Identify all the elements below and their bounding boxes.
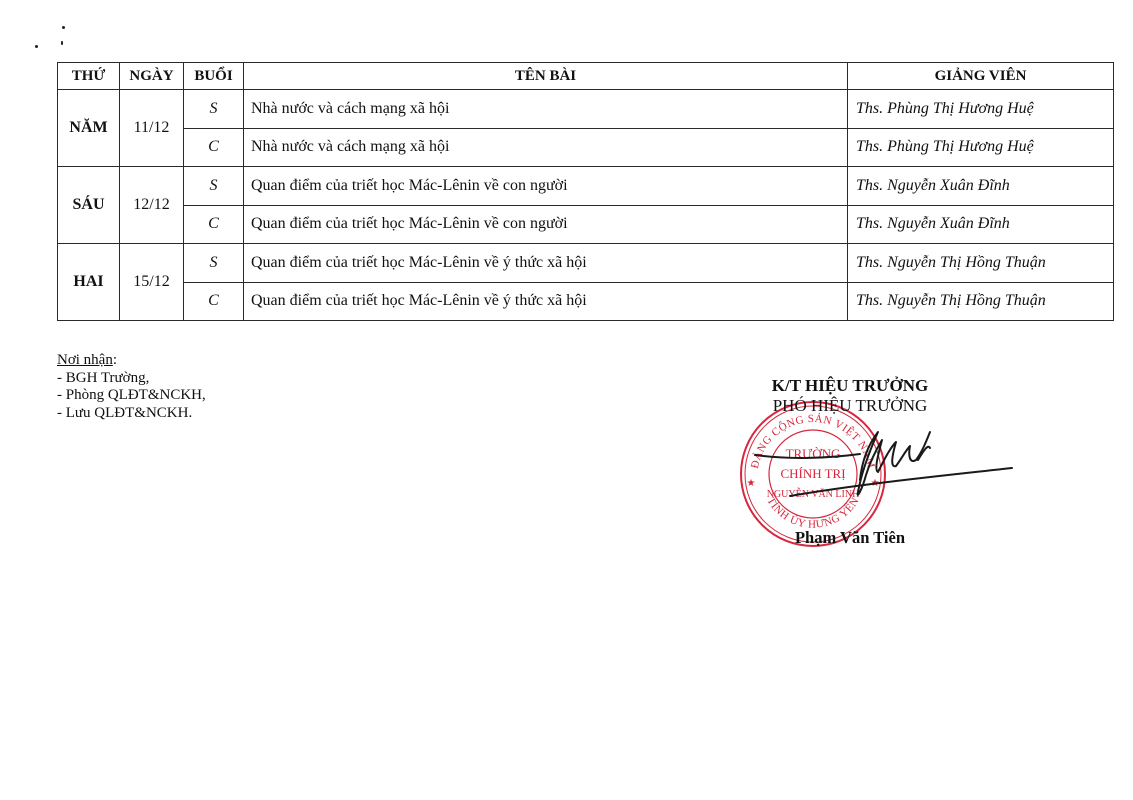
schedule-table: THỨ NGÀY BUỔI TÊN BÀI GIẢNG VIÊN NĂM 11/… bbox=[57, 62, 1114, 321]
scan-speck bbox=[62, 26, 65, 29]
scan-speck bbox=[61, 41, 63, 45]
cell-buoi: C bbox=[184, 282, 244, 321]
recipients-heading: Nơi nhận: bbox=[57, 352, 206, 370]
cell-buoi: C bbox=[184, 205, 244, 244]
recipients-title: Nơi nhận bbox=[57, 352, 113, 368]
cell-giang-vien: Ths. Nguyễn Xuân Đĩnh bbox=[848, 205, 1114, 244]
cell-ten-bai: Nhà nước và cách mạng xã hội bbox=[244, 90, 848, 129]
header-thu: THỨ bbox=[58, 63, 120, 90]
recipients-title-colon: : bbox=[113, 352, 117, 368]
recipient-item: - Lưu QLĐT&NCKH. bbox=[57, 405, 206, 423]
signature-block: K/T HIỆU TRƯỞNG PHÓ HIỆU TRƯỞNG Phạm Văn… bbox=[700, 376, 1000, 416]
cell-buoi: C bbox=[184, 128, 244, 167]
header-ten-bai: TÊN BÀI bbox=[244, 63, 848, 90]
cell-buoi: S bbox=[184, 167, 244, 206]
scan-speck bbox=[35, 45, 38, 48]
cell-giang-vien: Ths. Phùng Thị Hương Huệ bbox=[848, 128, 1114, 167]
cell-giang-vien: Ths. Nguyễn Thị Hồng Thuận bbox=[848, 282, 1114, 321]
cell-giang-vien: Ths. Phùng Thị Hương Huệ bbox=[848, 90, 1114, 129]
cell-thu: NĂM bbox=[58, 90, 120, 167]
header-giang-vien: GIẢNG VIÊN bbox=[848, 63, 1114, 90]
table-row: C Quan điểm của triết học Mác-Lênin về c… bbox=[58, 205, 1114, 244]
table-row: HAI 15/12 S Quan điểm của triết học Mác-… bbox=[58, 244, 1114, 283]
table-row: SÁU 12/12 S Quan điểm của triết học Mác-… bbox=[58, 167, 1114, 206]
cell-ngay: 15/12 bbox=[120, 244, 184, 321]
table-header-row: THỨ NGÀY BUỔI TÊN BÀI GIẢNG VIÊN bbox=[58, 63, 1114, 90]
cell-ten-bai: Quan điểm của triết học Mác-Lênin về con… bbox=[244, 205, 848, 244]
cell-ten-bai: Quan điểm của triết học Mác-Lênin về con… bbox=[244, 167, 848, 206]
cell-buoi: S bbox=[184, 244, 244, 283]
header-buoi: BUỔI bbox=[184, 63, 244, 90]
cell-ten-bai: Quan điểm của triết học Mác-Lênin về ý t… bbox=[244, 282, 848, 321]
recipients-block: Nơi nhận: - BGH Trường, - Phòng QLĐT&NCK… bbox=[57, 352, 206, 422]
cell-giang-vien: Ths. Nguyễn Thị Hồng Thuận bbox=[848, 244, 1114, 283]
cell-ten-bai: Nhà nước và cách mạng xã hội bbox=[244, 128, 848, 167]
table-row: NĂM 11/12 S Nhà nước và cách mạng xã hội… bbox=[58, 90, 1114, 129]
cell-thu: SÁU bbox=[58, 167, 120, 244]
header-ngay: NGÀY bbox=[120, 63, 184, 90]
cell-ngay: 12/12 bbox=[120, 167, 184, 244]
recipient-item: - BGH Trường, bbox=[57, 370, 206, 388]
cell-ten-bai: Quan điểm của triết học Mác-Lênin về ý t… bbox=[244, 244, 848, 283]
table-row: C Quan điểm của triết học Mác-Lênin về ý… bbox=[58, 282, 1114, 321]
cell-ngay: 11/12 bbox=[120, 90, 184, 167]
signer-name: Phạm Văn Tiên bbox=[700, 528, 1000, 548]
cell-thu: HAI bbox=[58, 244, 120, 321]
recipient-item: - Phòng QLĐT&NCKH, bbox=[57, 387, 206, 405]
table-row: C Nhà nước và cách mạng xã hội Ths. Phùn… bbox=[58, 128, 1114, 167]
handwritten-signature-icon bbox=[750, 420, 1020, 510]
signer-on-behalf: K/T HIỆU TRƯỞNG bbox=[700, 376, 1000, 396]
signer-position: PHÓ HIỆU TRƯỞNG bbox=[700, 396, 1000, 416]
cell-buoi: S bbox=[184, 90, 244, 129]
cell-giang-vien: Ths. Nguyễn Xuân Đĩnh bbox=[848, 167, 1114, 206]
